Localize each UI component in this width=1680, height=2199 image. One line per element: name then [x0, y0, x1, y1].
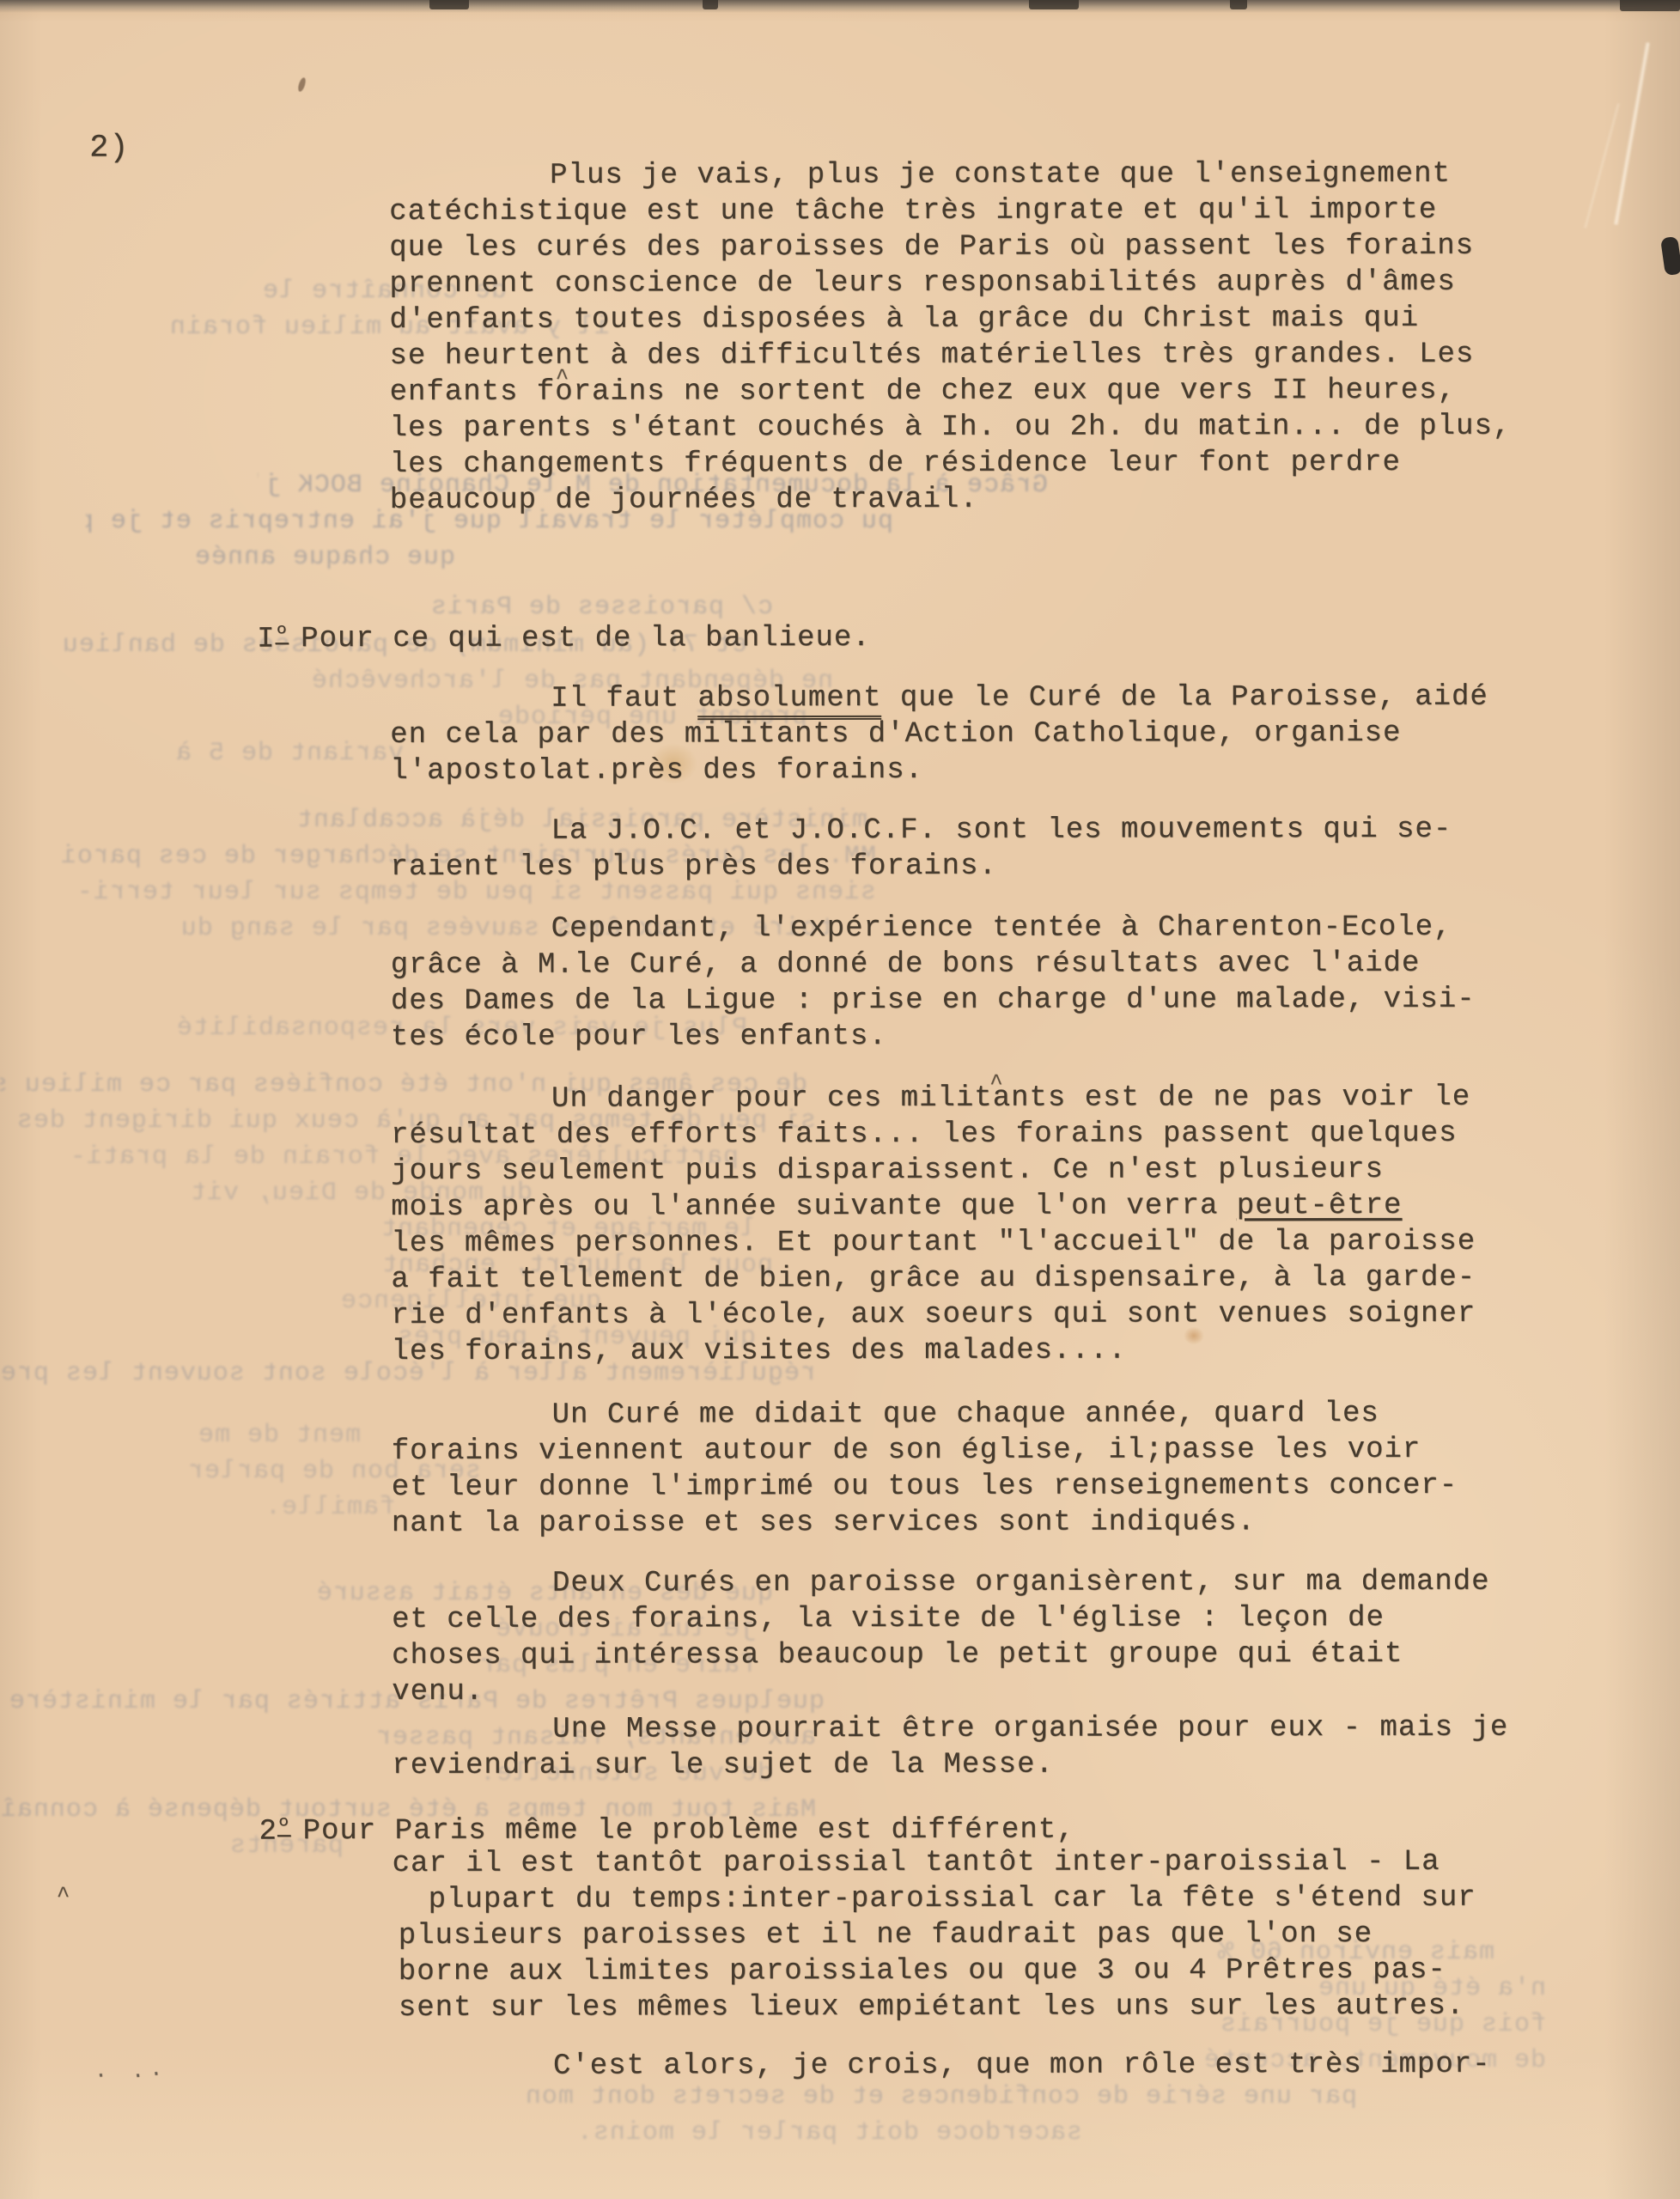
text-line: catéchistique est une tâche très ingrate…: [389, 192, 1678, 230]
ordinal-indicator: º: [275, 624, 289, 647]
text-line: plusieurs paroisses et il ne faudrait pa…: [399, 1916, 1680, 1954]
heading-line: 2ºPour Paris même le problème est différ…: [259, 1807, 1680, 1846]
text-line: Plus je vais, plus je constate que l'ens…: [550, 155, 1678, 193]
text-line: des Dames de la Ligue : prise en charge …: [391, 981, 1680, 1020]
text-line: raient les plus près des forains.: [390, 847, 1679, 886]
section-heading-1: IºPour ce qui est de la banlieue.: [0, 615, 1679, 654]
typewritten-text-layer: 2) Plus je vais, plus je constate que l'…: [0, 0, 1680, 2199]
text-line: que les curés des paroisses de Paris où …: [389, 228, 1678, 266]
text-line: jours seulement puis disparaissent. Ce n…: [391, 1151, 1680, 1190]
text-line: les changements fréquents de résidence l…: [390, 444, 1679, 483]
paragraph-danger: Un danger pour ces militants est de ne p…: [0, 1079, 1680, 1370]
text-line: les forains, aux visites des malades....: [391, 1331, 1680, 1370]
paragraph-closing: C'est alors, je crois, que mon rôle est …: [2, 2046, 1680, 2085]
text-line: tes école pour les enfants.: [391, 1017, 1680, 1056]
paragraph-charenton: Cependant, l'expérience tentée à Charent…: [0, 909, 1680, 1056]
paragraph-messe: Une Messe pourrait être organisée pour e…: [1, 1709, 1680, 1784]
text-line: les parents s'étant couchés à Ih. ou 2h.…: [390, 408, 1679, 447]
underlined-word: absolument: [697, 682, 881, 720]
text-line: venu.: [392, 1672, 1680, 1710]
text-line: Une Messe pourrait être organisée pour e…: [552, 1709, 1680, 1747]
heading-number: I: [257, 623, 275, 655]
text-line: les mêmes personnes. Et pourtant "l'accu…: [391, 1223, 1680, 1262]
text-line: reviendrai sur le sujet de la Messe.: [392, 1745, 1680, 1784]
text-line: rie d'enfants à l'école, aux soeurs qui …: [391, 1295, 1680, 1334]
text-line: et leur donne l'imprimé ou tous les rens…: [392, 1467, 1680, 1506]
text-line: choses qui intéressa beaucoup le petit g…: [392, 1636, 1680, 1674]
text-line: sent sur les mêmes lieux empiétant les u…: [399, 1988, 1680, 2026]
stray-caret-mark: ^: [989, 1070, 1004, 1096]
text-segment: que le Curé de la Paroisse, aidé: [881, 681, 1488, 715]
stray-caret-mark: ^: [556, 365, 570, 391]
paragraph-deux-cures: Deux Curés en paroisse organisèrent, sur…: [1, 1563, 1680, 1710]
text-line: forains viennent autour de son église, i…: [392, 1431, 1680, 1470]
ordinal-indicator: º: [277, 1816, 291, 1839]
text-line: borne aux limites paroissiales ou que 3 …: [399, 1952, 1680, 1990]
stray-caret-mark: ^: [57, 1883, 71, 1909]
text-line: Il faut absolument que le Curé de la Par…: [551, 679, 1679, 716]
text-line: en cela par des militants d'Action Catho…: [390, 715, 1679, 753]
text-line: résultat des efforts faits... les forain…: [391, 1115, 1680, 1154]
text-line: La J.O.C. et J.O.C.F. sont les mouvement…: [551, 811, 1679, 849]
text-line: Un Curé me didait que chaque année, quar…: [552, 1395, 1680, 1433]
paragraph-introduction: Plus je vais, plus je constate que l'ens…: [0, 155, 1679, 519]
text-line: car il est tantôt paroissial tantôt inte…: [393, 1843, 1680, 1882]
document-page: de connaître leil y avait au milieu fora…: [0, 0, 1680, 2199]
heading-number: 2: [259, 1815, 277, 1848]
text-line: se heurtent à des difficultés matérielle…: [389, 336, 1678, 375]
text-line: et celle des forains, la visite de l'égl…: [392, 1599, 1680, 1638]
text-line: Un danger pour ces militants est de ne p…: [551, 1079, 1680, 1117]
text-line: mois après ou l'année suivante que l'on …: [391, 1187, 1680, 1226]
text-line: grâce à M.le Curé, a donné de bons résul…: [391, 945, 1680, 984]
underlined-word: peut-être: [1237, 1190, 1403, 1222]
text-line: enfants forains ne sortent de chez eux q…: [390, 372, 1679, 411]
text-line: prennent conscience de leurs responsabil…: [389, 264, 1678, 302]
paragraph-cure-role: Il faut absolument que le Curé de la Par…: [0, 679, 1679, 789]
text-line: d'enfants toutes disposées à la grâce du…: [389, 300, 1678, 338]
heading-line: IºPour ce qui est de la banlieue.: [257, 615, 1679, 654]
text-line: beaucoup de journées de travail.: [390, 480, 1679, 519]
text-line: plupart du temps:inter-paroissial car la…: [429, 1879, 1680, 1918]
text-line: Deux Curés en paroisse organisèrent, sur…: [552, 1563, 1680, 1601]
text-line: l'apostolat.près des forains.: [390, 751, 1679, 789]
paragraph-paris: car il est tantôt paroissial tantôt inte…: [2, 1843, 1680, 2026]
text-line: a fait tellement de bien, grâce au dispe…: [391, 1259, 1680, 1298]
heading-text: Pour ce qui est de la banlieue.: [301, 622, 871, 655]
text-line: C'est alors, je crois, que mon rôle est …: [553, 2046, 1680, 2084]
text-line: Cependant, l'expérience tentée à Charent…: [551, 909, 1680, 947]
text-line: nant la paroisse et ses services sont in…: [392, 1503, 1680, 1542]
text-segment: mois après ou l'année suivante que l'on …: [391, 1190, 1237, 1224]
section-heading-2: 2ºPour Paris même le problème est différ…: [1, 1807, 1680, 1846]
heading-text: Pour Paris même le problème est différen…: [303, 1814, 1075, 1849]
paragraph-cure-visits: Un Curé me didait que chaque année, quar…: [1, 1395, 1680, 1542]
text-segment: Il faut: [551, 682, 697, 715]
paragraph-joc: La J.O.C. et J.O.C.F. sont les mouvement…: [0, 811, 1680, 886]
